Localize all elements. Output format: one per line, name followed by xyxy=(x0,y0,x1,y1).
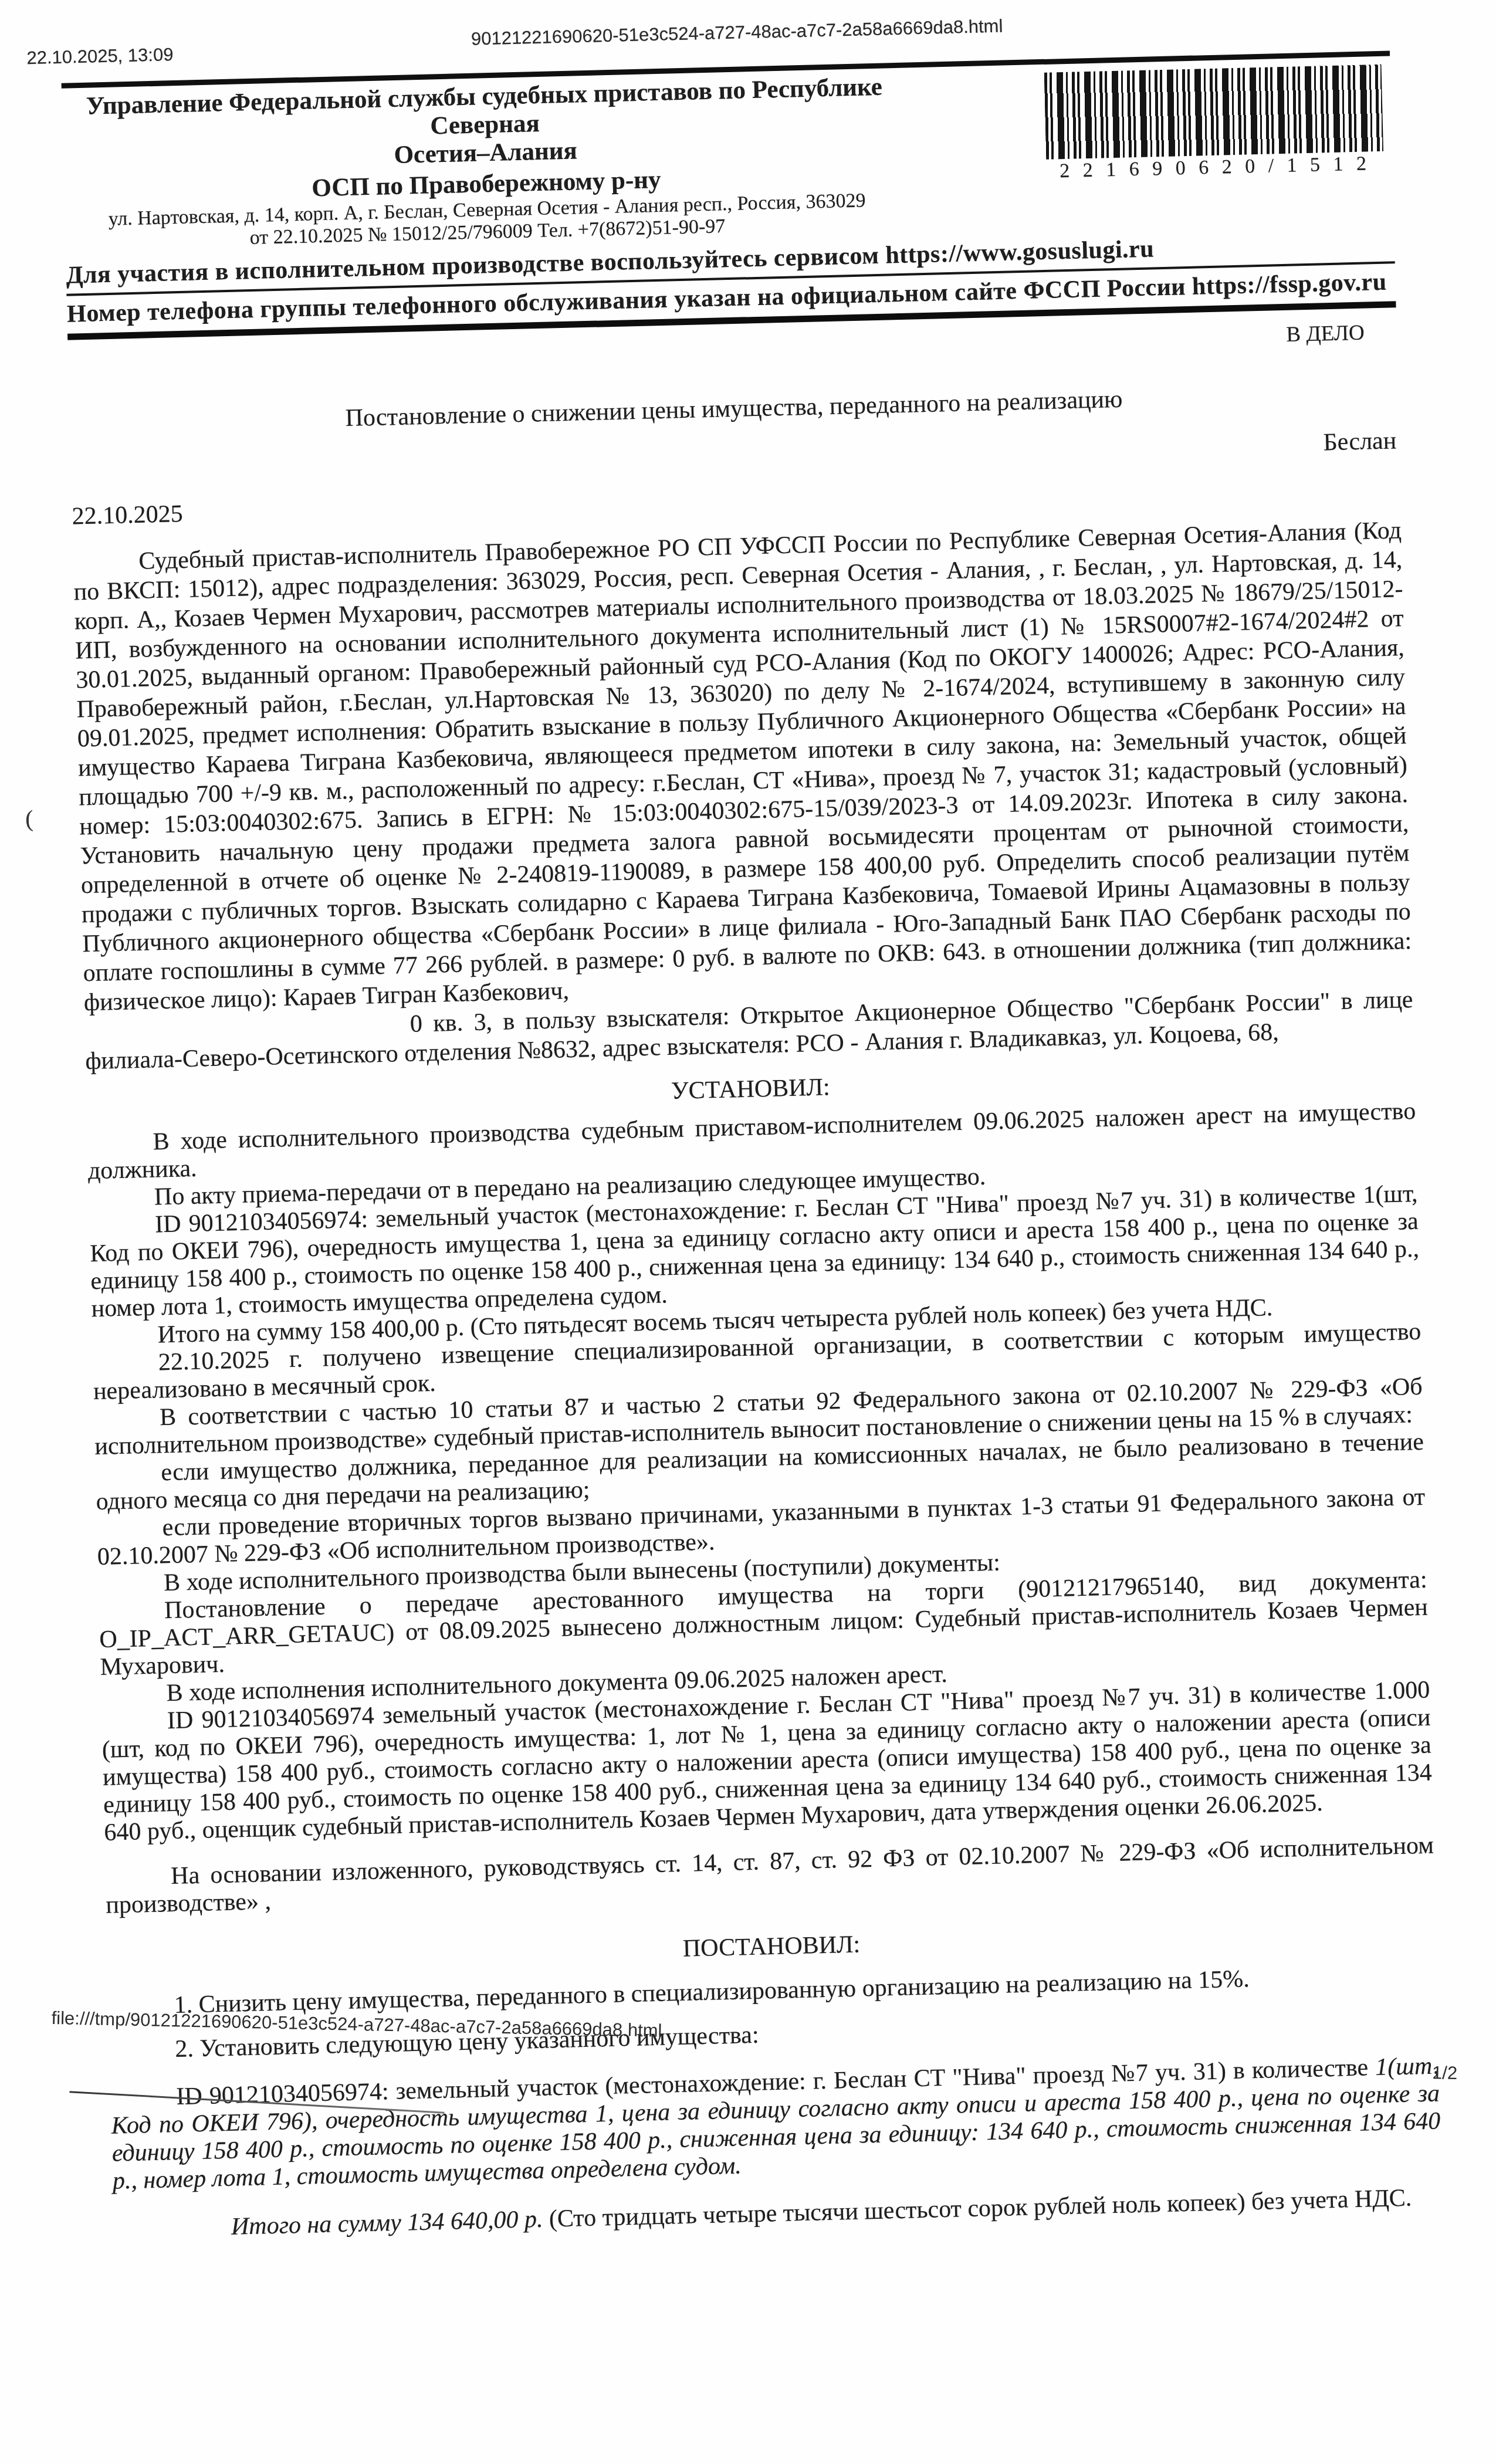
letterhead: 2 2 1 6 9 0 6 2 0 / 1 5 1 2 Управление Ф… xyxy=(62,50,1396,340)
barcode-block: 2 2 1 6 9 0 6 2 0 / 1 5 1 2 xyxy=(1044,65,1384,183)
total-line: Итого на сумму 134 640,00 р. (Сто тридца… xyxy=(113,2182,1443,2244)
total-amount: Итого на сумму 134 640,00 р. xyxy=(231,2206,549,2240)
total-words: (Сто тридцать четыре тысячи шестьсот сор… xyxy=(549,2185,1412,2233)
print-datetime: 22.10.2025, 13:09 xyxy=(26,44,174,69)
scanned-document-page: 22.10.2025, 13:09 90121221690620-51e3c52… xyxy=(0,0,1496,2464)
body-paragraph-legal-grounds: На основании изложенного, руководствуясь… xyxy=(105,1832,1435,1920)
page-number: 1/2 xyxy=(1432,2062,1458,2084)
scan-tilt-wrapper: 22.10.2025, 13:09 90121221690620-51e3c52… xyxy=(0,0,1496,2271)
property-description: ID 90121034056974: земельный участок (ме… xyxy=(110,2052,1441,2195)
barcode-icon xyxy=(1044,65,1383,160)
document-title: Постановление о снижении цены имущества,… xyxy=(69,378,1398,439)
intro-paragraph: Судебный пристав-исполнитель Правобережн… xyxy=(73,516,1413,1017)
scan-artifact-mark: ( xyxy=(25,804,33,832)
print-filename: 90121221690620-51e3c524-a727-48ac-a7c7-2… xyxy=(471,16,1003,50)
